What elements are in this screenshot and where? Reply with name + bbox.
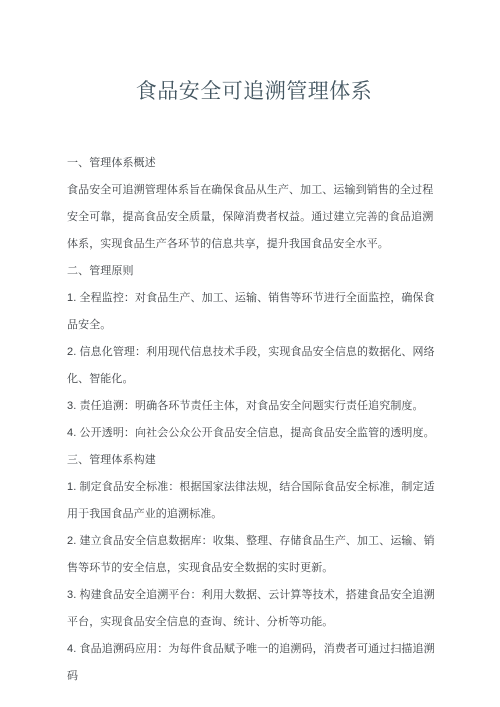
document-page: 食品安全可追溯管理体系 一、管理体系概述食品安全可追溯管理体系旨在确保食品从生产… [0, 0, 500, 707]
body-paragraph: 3. 构建食品安全追溯平台：利用大数据、云计算等技术，搭建食品安全追溯平台，实现… [67, 582, 441, 636]
document-title: 食品安全可追溯管理体系 [67, 77, 441, 106]
body-paragraph: 1. 全程监控：对食品生产、加工、运输、销售等环节进行全面监控，确保食品安全。 [67, 285, 441, 339]
body-paragraph: 3. 责任追溯：明确各环节责任主体，对食品安全问题实行责任追究制度。 [67, 393, 441, 420]
section-heading: 一、管理体系概述 [67, 150, 441, 177]
body-paragraph: 4. 公开透明：向社会公众公开食品安全信息，提高食品安全监管的透明度。 [67, 420, 441, 447]
body-paragraph: 2. 信息化管理：利用现代信息技术手段，实现食品安全信息的数据化、网络化、智能化… [67, 339, 441, 393]
body-paragraph: 2. 建立食品安全信息数据库：收集、整理、存储食品生产、加工、运输、销售等环节的… [67, 528, 441, 582]
section-heading: 二、管理原则 [67, 258, 441, 285]
body-paragraph: 1. 制定食品安全标准：根据国家法律法规，结合国际食品安全标准，制定适用于我国食… [67, 474, 441, 528]
body-paragraph: 4. 食品追溯码应用：为每件食品赋予唯一的追溯码，消费者可通过扫描追溯码 [67, 636, 441, 690]
document-body: 一、管理体系概述食品安全可追溯管理体系旨在确保食品从生产、加工、运输到销售的全过… [67, 150, 441, 690]
section-heading: 三、管理体系构建 [67, 447, 441, 474]
body-paragraph: 食品安全可追溯管理体系旨在确保食品从生产、加工、运输到销售的全过程安全可靠，提高… [67, 177, 441, 258]
